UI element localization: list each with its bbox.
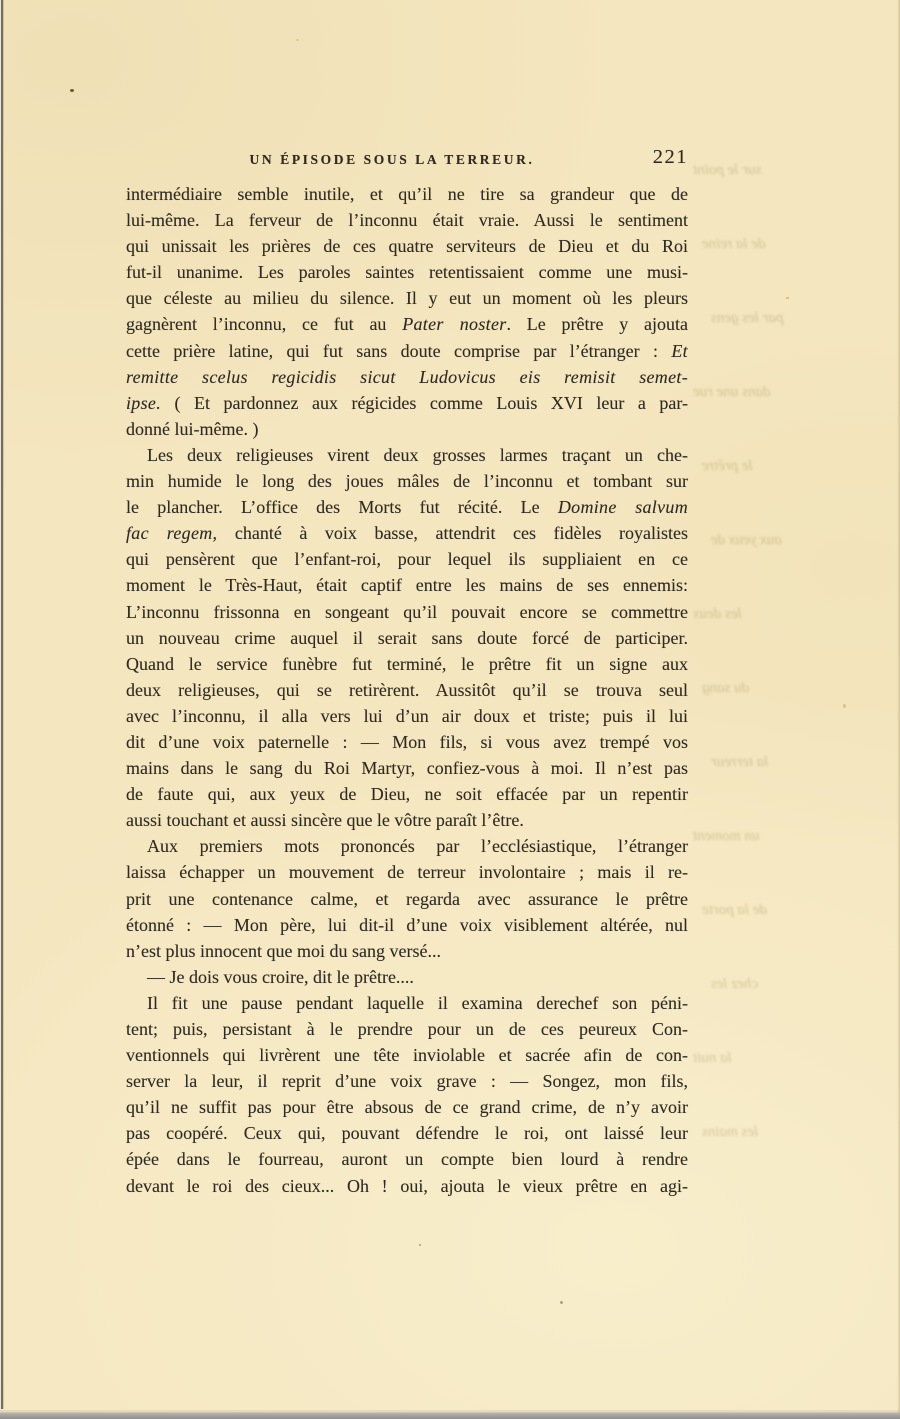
text-line: Quand le service funèbre fut terminé, le… bbox=[126, 651, 688, 677]
text-line: ipse. ( Et pardonnez aux régicides comme… bbox=[126, 390, 688, 416]
paper-speck bbox=[843, 704, 846, 708]
text-segment: lui-même. La ferveur de l’inconnu était … bbox=[126, 210, 688, 230]
text-line: mains dans le sang du Roi Martyr, confie… bbox=[126, 755, 688, 781]
paper-speck bbox=[419, 1244, 421, 1246]
text-segment: pas coopéré. Ceux qui, pouvant défendre … bbox=[126, 1123, 688, 1143]
book-page: sur le pointde la reinepar les gensdans … bbox=[0, 0, 900, 1419]
text-line: le plancher. L’office des Morts fut réci… bbox=[126, 494, 688, 520]
text-segment: min humide le long des joues mâles de l’… bbox=[126, 471, 688, 491]
text-line: Aux premiers mots prononcés par l’ecclés… bbox=[126, 833, 688, 859]
text-segment: ventionnels qui livrèrent une tête invio… bbox=[126, 1045, 688, 1065]
text-segment: devant le roi des cieux... Oh ! oui, ajo… bbox=[126, 1176, 688, 1196]
text-segment: cette prière latine, qui fut sans doute … bbox=[126, 341, 671, 361]
text-segment: que céleste au milieu du silence. Il y e… bbox=[126, 288, 688, 308]
text-line: pas coopéré. Ceux qui, pouvant défendre … bbox=[126, 1120, 688, 1146]
page-header: UN ÉPISODE SOUS LA TERREUR. 221 bbox=[126, 149, 688, 173]
text-line: deux religieuses, qui se retirèrent. Aus… bbox=[126, 677, 688, 703]
italic-text: ipse. bbox=[126, 393, 161, 413]
text-line: lui-même. La ferveur de l’inconnu était … bbox=[126, 207, 688, 233]
text-segment: dit d’une voix paternelle : — Mon fils, … bbox=[126, 732, 688, 752]
text-line: cette prière latine, qui fut sans doute … bbox=[126, 338, 688, 364]
text-segment: épée dans le fourreau, auront un compte … bbox=[126, 1149, 688, 1169]
text-segment: mains dans le sang du Roi Martyr, confie… bbox=[126, 758, 688, 778]
paper-speck bbox=[560, 1301, 563, 1304]
text-line: fut-il unanime. Les paroles saintes rete… bbox=[126, 259, 688, 285]
text-segment: L’inconnu frissonna en songeant qu’il po… bbox=[126, 602, 688, 622]
text-line: dit d’une voix paternelle : — Mon fils, … bbox=[126, 729, 688, 755]
text-segment: gagnèrent l’inconnu, ce fut au bbox=[126, 314, 402, 334]
text-line: laissa échapper un mouvement de terreur … bbox=[126, 859, 688, 885]
page-number: 221 bbox=[653, 146, 688, 169]
body-text: intermédiaire semble inutile, et qu’il n… bbox=[126, 181, 688, 1199]
text-line: tent; puis, persistant à le prendre pour… bbox=[126, 1016, 688, 1042]
text-segment: n’est plus innocent que moi du sang vers… bbox=[126, 941, 441, 961]
text-segment: intermédiaire semble inutile, et qu’il n… bbox=[126, 184, 688, 204]
bleedthrough-fragment: la terreur bbox=[711, 754, 768, 771]
text-line: que céleste au milieu du silence. Il y e… bbox=[126, 285, 688, 311]
text-segment: de faute qui, aux yeux de Dieu, ne soit … bbox=[126, 784, 688, 804]
text-line: Les deux religieuses virent deux grosses… bbox=[126, 442, 688, 468]
text-segment: donné lui-même. ) bbox=[126, 419, 258, 439]
text-line: intermédiaire semble inutile, et qu’il n… bbox=[126, 181, 688, 207]
text-segment: — Je dois vous croire, dit le prêtre.... bbox=[147, 967, 414, 987]
bleedthrough-fragment: de la reine bbox=[702, 236, 766, 253]
text-segment: chanté à voix basse, attendrit ces fidèl… bbox=[217, 523, 688, 543]
bleedthrough-fragment: le prêtre bbox=[702, 458, 753, 475]
text-line: — Je dois vous croire, dit le prêtre.... bbox=[126, 964, 688, 990]
text-segment: le plancher. L’office des Morts fut réci… bbox=[126, 497, 558, 517]
text-line: remitte scelus regicidis sicut Ludovicus… bbox=[126, 364, 688, 390]
text-line: de faute qui, aux yeux de Dieu, ne soit … bbox=[126, 781, 688, 807]
text-segment: étonné : — Mon père, lui dit-il d’une vo… bbox=[126, 915, 688, 935]
text-segment: moment le Très-Haut, était captif entre … bbox=[126, 575, 688, 595]
text-segment: laissa échapper un mouvement de terreur … bbox=[126, 862, 688, 882]
bleedthrough-fragment: un moment bbox=[693, 828, 759, 845]
text-line: avec l’inconnu, il alla vers lui d’un ai… bbox=[126, 703, 688, 729]
text-line: Il fit une pause pendant laquelle il exa… bbox=[126, 990, 688, 1016]
text-segment: Il fit une pause pendant laquelle il exa… bbox=[147, 993, 688, 1013]
italic-text: Et bbox=[671, 341, 688, 361]
text-line: L’inconnu frissonna en songeant qu’il po… bbox=[126, 599, 688, 625]
text-segment: Quand le service funèbre fut terminé, le… bbox=[126, 654, 688, 674]
text-line: étonné : — Mon père, lui dit-il d’une vo… bbox=[126, 912, 688, 938]
text-segment: un nouveau crime auquel il serait sans d… bbox=[126, 628, 688, 648]
text-segment: server la leur, il reprit d’une voix gra… bbox=[126, 1071, 688, 1091]
text-line: gagnèrent l’inconnu, ce fut au Pater nos… bbox=[126, 311, 688, 337]
text-segment: fut-il unanime. Les paroles saintes rete… bbox=[126, 262, 688, 282]
bleedthrough-fragment: la nuit bbox=[693, 1050, 732, 1067]
text-line: prit une contenance calme, et regarda av… bbox=[126, 886, 688, 912]
text-segment: qui unissait les prières de ces quatre s… bbox=[126, 236, 688, 256]
paper-speck bbox=[786, 297, 789, 299]
text-line: ventionnels qui livrèrent une tête invio… bbox=[126, 1042, 688, 1068]
paper-speck bbox=[296, 39, 299, 41]
text-segment: prit une contenance calme, et regarda av… bbox=[126, 889, 688, 909]
text-line: fac regem, chanté à voix basse, attendri… bbox=[126, 520, 688, 546]
bleedthrough-fragment: les mains bbox=[702, 1124, 758, 1141]
text-line: un nouveau crime auquel il serait sans d… bbox=[126, 625, 688, 651]
bleedthrough-fragment: par les gens bbox=[711, 310, 784, 327]
running-title: UN ÉPISODE SOUS LA TERREUR. bbox=[126, 152, 658, 168]
text-segment: Aux premiers mots prononcés par l’ecclés… bbox=[147, 836, 688, 856]
text-segment: qu’il ne suffit pas pour être absous de … bbox=[126, 1097, 688, 1117]
bleedthrough-fragment: de la porte bbox=[702, 902, 767, 919]
text-segment: qui pensèrent que l’enfant-roi, pour leq… bbox=[126, 549, 688, 569]
text-segment: aussi touchant et aussi sincère que le v… bbox=[126, 810, 524, 830]
text-line: qu’il ne suffit pas pour être absous de … bbox=[126, 1094, 688, 1120]
bleedthrough-fragment: sur le point bbox=[693, 162, 761, 179]
text-line: server la leur, il reprit d’une voix gra… bbox=[126, 1068, 688, 1094]
italic-text: fac regem, bbox=[126, 523, 217, 543]
bleedthrough-fragment: chez les bbox=[711, 976, 758, 993]
italic-text: remitte scelus regicidis sicut Ludovicus… bbox=[126, 367, 688, 387]
italic-text: Domine salvum bbox=[558, 497, 688, 517]
text-segment: Les deux religieuses virent deux grosses… bbox=[147, 445, 688, 465]
bleedthrough-fragment: dans une rue bbox=[693, 384, 771, 401]
italic-text: Pater noster bbox=[402, 314, 506, 334]
text-segment: ( Et pardonnez aux régicides comme Louis… bbox=[161, 393, 688, 413]
text-line: min humide le long des joues mâles de l’… bbox=[126, 468, 688, 494]
text-segment: avec l’inconnu, il alla vers lui d’un ai… bbox=[126, 706, 688, 726]
bleedthrough-fragment: les deux bbox=[693, 606, 742, 623]
text-segment: deux religieuses, qui se retirèrent. Aus… bbox=[126, 680, 688, 700]
bleedthrough-fragment: du sang bbox=[702, 680, 749, 697]
text-segment: . Le prêtre y ajouta bbox=[507, 314, 688, 334]
text-line: donné lui-même. ) bbox=[126, 416, 688, 442]
text-line: n’est plus innocent que moi du sang vers… bbox=[126, 938, 688, 964]
text-line: aussi touchant et aussi sincère que le v… bbox=[126, 807, 688, 833]
text-segment: tent; puis, persistant à le prendre pour… bbox=[126, 1019, 688, 1039]
text-line: moment le Très-Haut, était captif entre … bbox=[126, 572, 688, 598]
text-line: qui pensèrent que l’enfant-roi, pour leq… bbox=[126, 546, 688, 572]
text-line: devant le roi des cieux... Oh ! oui, ajo… bbox=[126, 1173, 688, 1199]
bleedthrough-fragment: aux yeux de bbox=[711, 532, 782, 549]
text-line: qui unissait les prières de ces quatre s… bbox=[126, 233, 688, 259]
paper-speck bbox=[70, 89, 74, 92]
text-line: épée dans le fourreau, auront un compte … bbox=[126, 1146, 688, 1172]
